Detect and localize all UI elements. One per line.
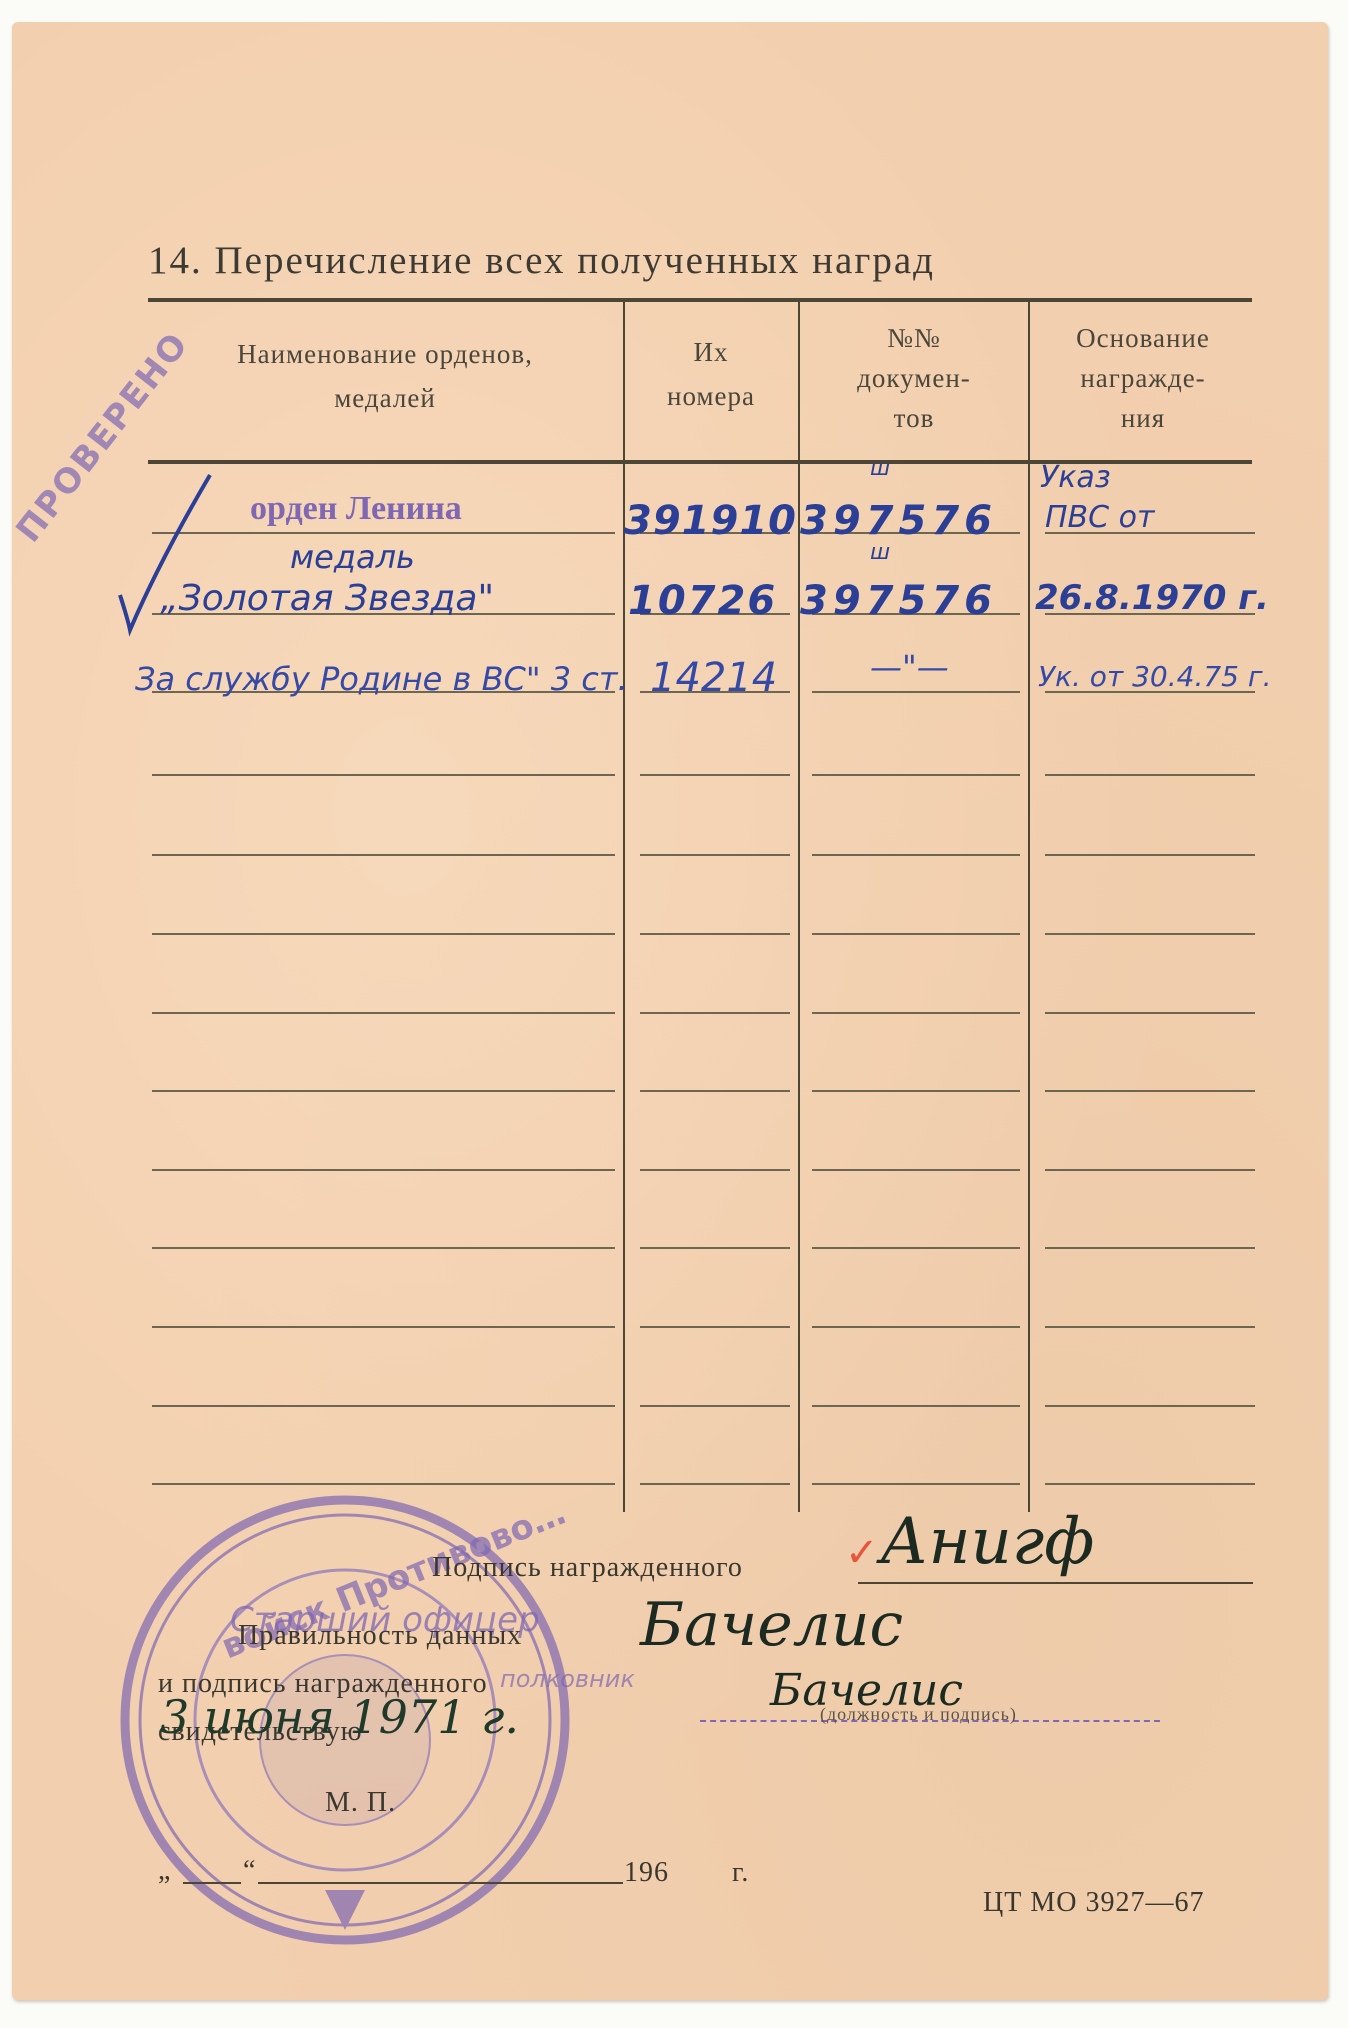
section-title: 14. Перечисление всех полученных наград xyxy=(148,238,935,283)
seal-place-label: М. П. xyxy=(325,1787,396,1819)
table-row-line xyxy=(1045,1247,1255,1249)
row3-award-name: За службу Родине в ВС" 3 ст. xyxy=(135,660,628,698)
row2-number: 10726 xyxy=(628,578,777,624)
row3-document: —"— xyxy=(870,648,949,686)
date-year-suffix: г. xyxy=(732,1857,749,1889)
checkmark-icon xyxy=(100,470,220,640)
row1-doc-mark: ш xyxy=(870,456,890,481)
form-code: ЦТ МО 3927—67 xyxy=(983,1887,1204,1919)
table-row-line xyxy=(1045,933,1255,935)
table-row-line xyxy=(152,1247,615,1249)
row2-basis: 26.8.1970 г. xyxy=(1035,578,1269,618)
header-line: Наименование орденов, xyxy=(160,332,610,376)
table-row-line xyxy=(640,1326,790,1328)
table-row-line xyxy=(640,1090,790,1092)
table-row-line xyxy=(812,691,1020,693)
table-row-line xyxy=(1045,1483,1255,1485)
table-row-line xyxy=(812,1090,1020,1092)
table-row-line xyxy=(640,1405,790,1407)
header-line: докумен- xyxy=(802,358,1026,398)
table-row-line xyxy=(812,1483,1020,1485)
header-award-name: Наименование орденов, медалей xyxy=(160,332,610,420)
table-row-line xyxy=(152,774,615,776)
table-row-line xyxy=(1045,854,1255,856)
header-line: Основание xyxy=(1032,318,1254,358)
date-month-line xyxy=(258,1882,623,1884)
row1-document: 397576 xyxy=(800,498,997,544)
header-line: награжде- xyxy=(1032,358,1254,398)
table-row-line xyxy=(1045,1012,1255,1014)
table-row-line xyxy=(640,933,790,935)
header-line: ния xyxy=(1032,398,1254,438)
table-row-line xyxy=(152,933,615,935)
handwritten-date: 3 июня 1971 г. xyxy=(160,1690,519,1744)
recipient-signature: Анигф xyxy=(880,1505,1094,1579)
recipient-signature-label: Подпись награжденного xyxy=(432,1552,743,1584)
table-row-line xyxy=(152,854,615,856)
table-row-line xyxy=(152,1012,615,1014)
table-top-rule xyxy=(148,298,1252,302)
table-row-line xyxy=(152,1483,615,1485)
table-row-line xyxy=(812,1012,1020,1014)
header-line: №№ xyxy=(802,318,1026,358)
table-row-line xyxy=(812,854,1020,856)
row2-doc-mark: ш xyxy=(870,540,890,565)
table-row-line xyxy=(1045,1405,1255,1407)
header-number: Их номера xyxy=(626,330,796,418)
header-line: номера xyxy=(626,374,796,418)
table-row-line xyxy=(1045,1090,1255,1092)
table-row-line xyxy=(152,1326,615,1328)
correctness-label-line1: Правильность данных xyxy=(238,1620,522,1652)
header-line: Их xyxy=(626,330,796,374)
row1-basis-top: Указ xyxy=(1040,460,1111,495)
date-year: 196 xyxy=(624,1857,669,1889)
table-row-line xyxy=(152,532,615,534)
table-row-line xyxy=(812,1405,1020,1407)
table-row-line xyxy=(152,1169,615,1171)
table-row-line xyxy=(152,1090,615,1092)
row2-document: 397576 xyxy=(800,578,997,624)
header-line: медалей xyxy=(160,376,610,420)
date-day-line xyxy=(183,1882,241,1884)
table-row-line xyxy=(1045,774,1255,776)
table-row-line xyxy=(1045,1326,1255,1328)
official-signature-1: Бачелис xyxy=(640,1590,903,1660)
row2-award-name-top: медаль xyxy=(290,538,415,576)
table-row-line xyxy=(640,774,790,776)
row1-award-name: орден Ленина xyxy=(250,490,462,528)
column-divider-3 xyxy=(1028,302,1030,1512)
row1-basis: ПВС от xyxy=(1045,500,1154,535)
table-row-line xyxy=(812,1247,1020,1249)
red-check-icon: ✓ xyxy=(845,1530,879,1576)
table-row-line xyxy=(812,774,1020,776)
table-row-line xyxy=(640,1247,790,1249)
row1-number: 391910 xyxy=(624,498,797,544)
row3-number: 14214 xyxy=(650,655,777,701)
header-line: тов xyxy=(802,398,1026,438)
table-row-line xyxy=(640,1169,790,1171)
position-hint: (должность и подпись) xyxy=(820,1704,1017,1725)
table-row-line xyxy=(152,1405,615,1407)
table-row-line xyxy=(640,1483,790,1485)
row3-basis: Ук. от 30.4.75 г. xyxy=(1038,660,1272,693)
column-divider-1 xyxy=(623,302,625,1512)
recipient-signature-line xyxy=(858,1582,1253,1584)
column-divider-2 xyxy=(798,302,800,1512)
date-open-quote: „ xyxy=(158,1855,171,1887)
table-row-line xyxy=(812,1326,1020,1328)
table-row-line xyxy=(1045,1169,1255,1171)
table-row-line xyxy=(640,854,790,856)
date-close-quote: “ xyxy=(243,1855,256,1887)
header-documents: №№ докумен- тов xyxy=(802,318,1026,438)
table-row-line xyxy=(640,1012,790,1014)
seal-note-2: полковник xyxy=(500,1665,635,1693)
table-row-line xyxy=(812,1169,1020,1171)
header-basis: Основание награжде- ния xyxy=(1032,318,1254,438)
table-row-line xyxy=(812,933,1020,935)
